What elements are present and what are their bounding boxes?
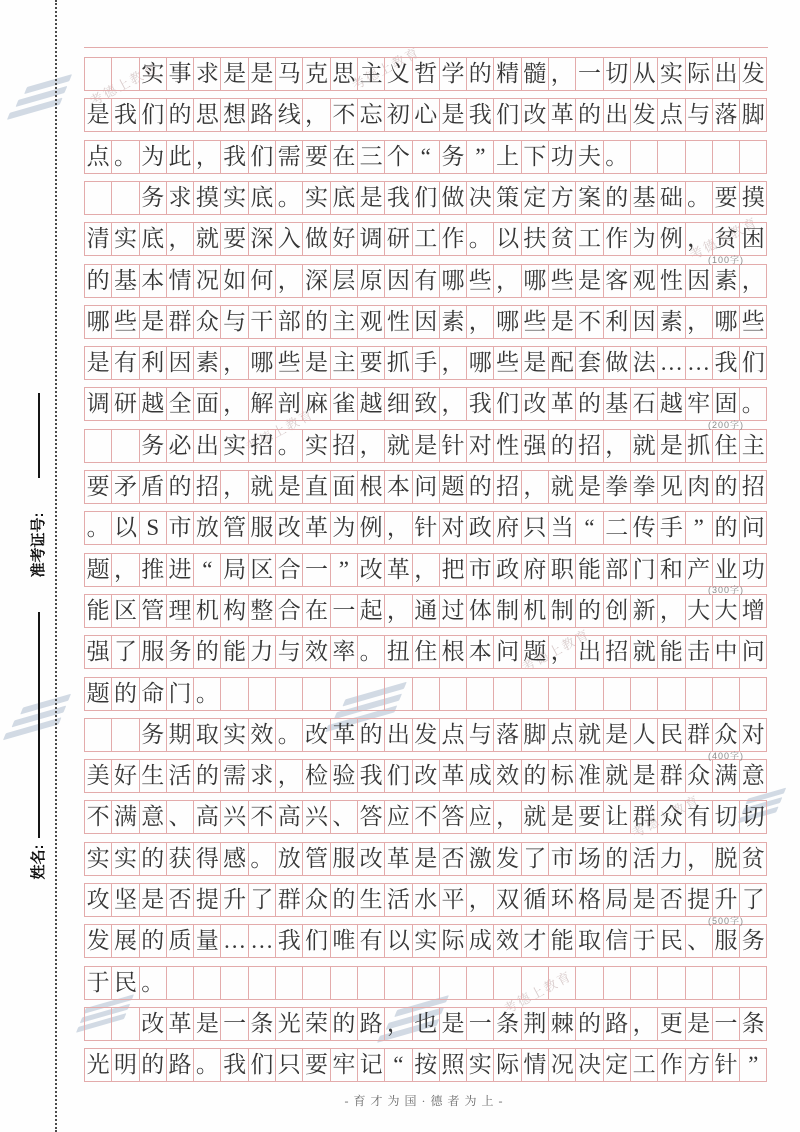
grid-cell: ， [739,264,767,298]
grid-cell: 管 [139,594,167,628]
grid-cell: 命 [139,677,167,711]
grid-cell: 观 [630,264,658,298]
grid-cell [548,677,576,711]
grid-cell: 是 [193,1007,221,1041]
grid-cell: 况 [193,264,221,298]
grid-cell: 满 [111,800,139,834]
grid-cell: 了 [739,883,767,917]
grid-cell: 是 [575,264,603,298]
grid-cell: 感 [220,842,248,876]
grid-cell: 问 [739,511,767,545]
grid-row: 哪些是群众与干部的主观性因素，哪些是不利因素，哪些 [84,305,767,339]
grid-cell: … [685,346,713,380]
grid-row: 的基本情况如何，深层原因有哪些，哪些是客观性因素， [84,264,767,298]
grid-cell: 层 [330,264,358,298]
grid-cell: ” [685,511,713,545]
grid-cell: 的 [548,429,576,463]
grid-cell: 生 [139,759,167,793]
grid-cell: 业 [712,553,740,587]
grid-cell: 放 [275,842,303,876]
grid-cell: 方 [685,1048,713,1082]
grid-cell: 问 [412,470,440,504]
grid-cell: 服 [248,511,276,545]
grid-cell: 下 [521,140,549,174]
grid-cell: 是 [439,1007,467,1041]
grid-cell: 就 [603,759,631,793]
grid-cell: 合 [275,594,303,628]
grid-cell: 坚 [111,883,139,917]
grid-cell [657,140,685,174]
grid-cell: 我 [712,346,740,380]
grid-cell: 构 [220,594,248,628]
grid-cell [712,677,740,711]
grid-row: 是我们的思想路线，不忘初心是我们改革的出发点与落脚 [84,98,767,132]
grid-cell: 问 [739,635,767,669]
grid-cell: 质 [166,924,194,958]
grid-cell: 克 [302,57,330,91]
grid-cell: 求 [193,57,221,91]
grid-cell: 哪 [521,264,549,298]
grid-cell: 效 [493,759,521,793]
grid-cell: 本 [466,635,494,669]
grid-cell: 市 [548,842,576,876]
grid-cell: 。 [275,181,303,215]
grid-cell: 落 [493,718,521,752]
word-count-marker: (100字) [84,255,744,265]
grid-cell: S [139,511,167,545]
grid-cell: 初 [384,98,412,132]
grid-cell: 调 [357,222,385,256]
grid-cell: 。 [466,222,494,256]
grid-cell: ” [739,1048,767,1082]
grid-cell: 例 [357,511,385,545]
grid-cell [275,966,303,1000]
grid-cell: 切 [603,57,631,91]
grid-cell: 传 [630,511,658,545]
grid-cell: 全 [166,387,194,421]
grid-cell: 哪 [493,305,521,339]
grid-cell: 的 [302,305,330,339]
grid-cell: 好 [330,222,358,256]
grid-cell: 线 [275,98,303,132]
grid-cell: 民 [657,718,685,752]
grid-cell: 牢 [330,1048,358,1082]
grid-row: 不满意、高兴不高兴、答应不答应，就是要让群众有切切 [84,800,767,834]
grid-cell: 。 [139,966,167,1000]
grid-cell: 出 [603,98,631,132]
grid-cell: 。 [193,1048,221,1082]
grid-cell [493,966,521,1000]
grid-cell: ， [493,264,521,298]
grid-cell [193,966,221,1000]
grid-cell: 平 [439,883,467,917]
grid-cell: 应 [466,800,494,834]
grid-cell: 工 [575,222,603,256]
grid-cell: 双 [493,883,521,917]
grid-cell: 针 [439,429,467,463]
grid-cell [575,966,603,1000]
grid-cell: 成 [466,924,494,958]
grid-cell: 府 [493,511,521,545]
grid-cell: 应 [384,800,412,834]
grid-cell: 主 [330,346,358,380]
grid-cell: … [248,924,276,958]
grid-cell [685,677,713,711]
grid-cell [739,966,767,1000]
grid-cell: 牢 [685,387,713,421]
grid-cell: 麻 [302,387,330,421]
grid-cell: 效 [302,635,330,669]
grid-cell: 一 [575,57,603,91]
grid-cell: 有 [111,346,139,380]
grid-cell: 是 [248,57,276,91]
grid-cell: 的 [466,470,494,504]
grid-cell: 荣 [302,1007,330,1041]
grid-cell: 作 [657,1048,685,1082]
grid-cell: 义 [384,57,412,91]
grid-cell [111,181,139,215]
grid-cell: 发 [84,924,112,958]
grid-cell: 革 [330,718,358,752]
grid-cell: 局 [220,553,248,587]
grid-cell [739,677,767,711]
grid-cell: 众 [685,759,713,793]
grid-cell: 务 [139,181,167,215]
grid-cell: 合 [275,553,303,587]
grid-cell: 服 [330,842,358,876]
grid-cell: 能 [657,635,685,669]
grid-cell: 。 [248,842,276,876]
grid-cell: 的 [466,57,494,91]
grid-cell: ” [466,140,494,174]
grid-cell: 我 [220,140,248,174]
grid-cell: 摸 [193,181,221,215]
grid-cell: ， [439,346,467,380]
grid-cell: 发 [630,98,658,132]
grid-cell: ， [630,1007,658,1041]
grid-cell: 实 [412,924,440,958]
grid-cell: 际 [685,57,713,91]
grid-cell: 二 [603,511,631,545]
grid-cell: 击 [685,635,713,669]
grid-cell: 产 [685,553,713,587]
grid-cell: 想 [220,98,248,132]
grid-cell: 是 [84,346,112,380]
grid-cell: 哪 [439,264,467,298]
grid-cell: ， [166,222,194,256]
grid-cell: 们 [739,346,767,380]
grid-cell: 是 [84,98,112,132]
grid-cell: 。 [603,140,631,174]
grid-cell: 抓 [384,346,412,380]
grid-cell: 否 [166,883,194,917]
grid-cell: 剖 [275,387,303,421]
grid-cell: ， [302,98,330,132]
grid-cell: 因 [412,305,440,339]
grid-cell: 得 [193,842,221,876]
grid-cell: 获 [166,842,194,876]
grid-cell: 政 [493,553,521,587]
grid-cell: 民 [111,966,139,1000]
grid-cell: 我 [220,1048,248,1082]
grid-cell: 满 [712,759,740,793]
grid-cell: 我 [275,924,303,958]
grid-cell: 活 [630,842,658,876]
grid-cell: 原 [357,264,385,298]
grid-cell [685,966,713,1000]
grid-cell: 按 [412,1048,440,1082]
grid-cell: 利 [139,346,167,380]
grid-cell [84,181,112,215]
grid-cell: 活 [384,883,412,917]
grid-cell: 的 [166,98,194,132]
grid-cell: 做 [439,181,467,215]
grid-cell: 、 [166,800,194,834]
grid-cell: 性 [384,305,412,339]
grid-row: 要矛盾的招，就是直面根本问题的招，就是拳拳见肉的招 [84,470,767,504]
grid-cell: 本 [384,470,412,504]
grid-cell: 路 [248,98,276,132]
grid-cell: 要 [220,222,248,256]
grid-cell: 实 [220,718,248,752]
grid-cell [739,140,767,174]
grid-cell: 需 [275,140,303,174]
grid-cell: 部 [603,553,631,587]
grid-cell: 不 [412,800,440,834]
writing-grid: 实事求是是马克思主义哲学的精髓，一切从实际出发是我们的思想路线，不忘初心是我们改… [0,0,800,1132]
grid-cell: 扶 [521,222,549,256]
grid-cell: 直 [302,470,330,504]
grid-cell: ， [412,553,440,587]
grid-cell: 新 [630,594,658,628]
grid-cell: 点 [548,718,576,752]
grid-cell: “ [412,140,440,174]
grid-cell [712,140,740,174]
grid-cell: 决 [575,1048,603,1082]
grid-cell: 机 [193,594,221,628]
grid-cell [384,677,412,711]
grid-cell: 点 [439,718,467,752]
grid-cell: 基 [603,387,631,421]
grid-cell: 荆 [521,1007,549,1041]
grid-cell [330,966,358,1000]
grid-cell [521,966,549,1000]
grid-cell: 革 [384,553,412,587]
grid-cell: 成 [466,759,494,793]
grid-cell: 实 [139,57,167,91]
grid-row: 是有利因素，哪些是主要抓手，哪些是配套做法……我们 [84,346,767,380]
grid-cell: 工 [412,222,440,256]
grid-cell: 出 [575,635,603,669]
grid-cell: 革 [548,387,576,421]
grid-cell: 发 [412,718,440,752]
grid-cell [357,966,385,1000]
grid-cell: 的 [111,677,139,711]
grid-cell: 改 [139,1007,167,1041]
grid-cell: 深 [248,222,276,256]
grid-cell [439,966,467,1000]
grid-cell: 改 [521,98,549,132]
grid-cell: 只 [521,511,549,545]
grid-cell: 必 [166,429,194,463]
grid-cell: 中 [712,635,740,669]
grid-cell: 激 [466,842,494,876]
grid-cell: 是 [521,346,549,380]
grid-cell: 根 [357,470,385,504]
grid-cell [111,1007,139,1041]
grid-cell: 些 [548,264,576,298]
grid-row: 题的命门。 [84,677,767,711]
grid-cell: 要 [302,140,330,174]
grid-cell: 。 [275,718,303,752]
grid-cell: 条 [739,1007,767,1041]
grid-cell: 准 [575,759,603,793]
grid-cell: 观 [357,305,385,339]
grid-cell: 美 [84,759,112,793]
grid-cell: 落 [712,98,740,132]
grid-cell: ， [685,222,713,256]
grid-cell: 马 [275,57,303,91]
grid-cell: 要 [712,181,740,215]
grid-cell: 检 [302,759,330,793]
grid-cell: 答 [357,800,385,834]
grid-cell: 推 [139,553,167,587]
grid-cell [111,57,139,91]
grid-cell: 群 [685,718,713,752]
grid-cell: 条 [248,1007,276,1041]
grid-cell: 一 [712,1007,740,1041]
grid-cell: 雀 [330,387,358,421]
grid-cell: 量 [193,924,221,958]
grid-cell: 通 [412,594,440,628]
grid-cell: 些 [111,305,139,339]
grid-cell: 的 [84,264,112,298]
grid-cell: 管 [302,842,330,876]
grid-row: 攻坚是否提升了群众的生活水平，双循环格局是否提升了 [84,883,767,917]
grid-cell: 展 [111,924,139,958]
grid-cell: 的 [166,470,194,504]
grid-cell: 们 [412,181,440,215]
grid-cell: 局 [603,883,631,917]
grid-cell: 心 [412,98,440,132]
grid-cell: 实 [302,181,330,215]
grid-cell: 改 [412,759,440,793]
grid-cell: 出 [384,718,412,752]
word-count-marker: (200字) [84,420,744,430]
grid-cell: 的 [712,470,740,504]
grid-cell: 例 [657,222,685,256]
grid-cell: 循 [521,883,549,917]
grid-cell: 的 [139,842,167,876]
grid-cell: 们 [248,140,276,174]
grid-cell: 是 [139,305,167,339]
grid-cell: 对 [739,718,767,752]
grid-cell: 提 [685,883,713,917]
grid-cell: 活 [166,759,194,793]
grid-cell: 主 [330,305,358,339]
grid-cell: 是 [575,470,603,504]
grid-cell: 法 [630,346,658,380]
grid-cell: 以 [493,222,521,256]
grid-cell: 作 [603,222,631,256]
grid-row: 强了服务的能力与效率。扭住根本问题，出招就能击中问 [84,635,767,669]
grid-cell: 拳 [603,470,631,504]
grid-cell [657,966,685,1000]
grid-cell: 哲 [412,57,440,91]
grid-cell: 期 [166,718,194,752]
grid-row: 实实的获得感。放管服改革是否激发了市场的活力，脱贫 [84,842,767,876]
grid-cell: 唯 [330,924,358,958]
grid-cell [357,677,385,711]
grid-cell: 不 [248,800,276,834]
grid-cell: 当 [548,511,576,545]
grid-cell: 增 [739,594,767,628]
grid-cell: 革 [439,759,467,793]
grid-cell: 光 [84,1048,112,1082]
grid-cell: 精 [493,57,521,91]
grid-cell [220,677,248,711]
grid-cell: 的 [193,759,221,793]
grid-cell: 革 [302,511,330,545]
grid-cell: 务 [439,140,467,174]
grid-cell: 路 [357,1007,385,1041]
grid-cell: 招 [575,429,603,463]
grid-cell: 的 [357,718,385,752]
grid-cell: 性 [493,429,521,463]
grid-cell: 的 [330,1007,358,1041]
grid-cell: 问 [493,635,521,669]
grid-cell: 起 [357,594,385,628]
grid-cell: 是 [439,98,467,132]
grid-cell: 实 [111,842,139,876]
grid-cell: 人 [630,718,658,752]
grid-cell: 更 [657,1007,685,1041]
grid-row: 务期取实效。改革的出发点与落脚点就是人民群众对 [84,718,767,752]
grid-cell: 实 [111,222,139,256]
grid-cell: 强 [84,635,112,669]
grid-cell: 能 [220,635,248,669]
grid-cell: 实 [657,57,685,91]
grid-cell: 性 [657,264,685,298]
grid-cell: 盾 [139,470,167,504]
grid-cell: 部 [275,305,303,339]
grid-cell: 大 [685,594,713,628]
grid-cell: 工 [630,1048,658,1082]
grid-cell: 于 [84,966,112,1000]
grid-cell: 升 [712,883,740,917]
grid-cell: 能 [575,553,603,587]
grid-cell [493,677,521,711]
grid-cell [603,966,631,1000]
grid-cell: 就 [193,222,221,256]
grid-cell: 务 [166,635,194,669]
grid-cell: 的 [603,181,631,215]
grid-cell: 题 [84,553,112,587]
grid-cell [685,140,713,174]
grid-cell: 。 [357,635,385,669]
grid-cell: 力 [248,635,276,669]
grid-cell: 上 [493,140,521,174]
grid-cell: 效 [248,718,276,752]
grid-cell: 做 [302,222,330,256]
grid-cell: 否 [439,842,467,876]
grid-cell: 过 [439,594,467,628]
grid-cell: 职 [548,553,576,587]
grid-cell: 。 [84,511,112,545]
grid-cell: 切 [739,800,767,834]
grid-cell: 们 [248,1048,276,1082]
grid-cell: 点 [657,98,685,132]
